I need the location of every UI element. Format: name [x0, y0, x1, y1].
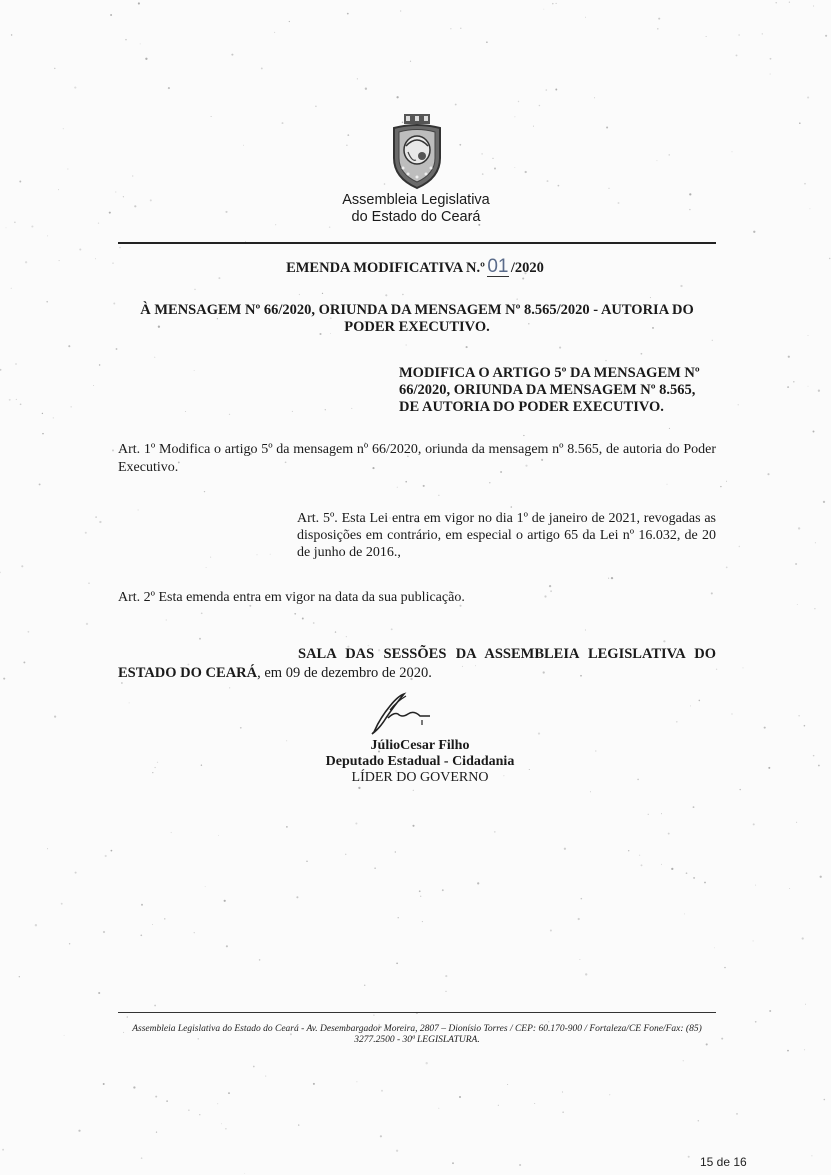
document-title: EMENDA MODIFICATIVA N.º01/2020 [100, 258, 730, 277]
subject-line-1: À MENSAGEM Nº 66/2020, ORIUNDA DA MENSAG… [118, 302, 716, 319]
footer-line-1: Assembleia Legislativa do Estado do Cear… [112, 1024, 722, 1035]
footer-line-2: 3277.2500 - 30ª LEGISLATURA. [112, 1035, 722, 1046]
signature-icon [360, 688, 460, 738]
coat-of-arms-icon [388, 112, 446, 190]
footer-address: Assembleia Legislativa do Estado do Cear… [112, 1024, 722, 1046]
signatory-position: LÍDER DO GOVERNO [300, 770, 540, 786]
signatory-role: Deputado Estadual - Cidadania [300, 754, 540, 770]
title-prefix: EMENDA MODIFICATIVA N.º [286, 260, 485, 276]
header-divider [118, 242, 716, 244]
signatory-name: JúlioCesar Filho [300, 738, 540, 754]
institution-line-2: do Estado do Ceará [300, 209, 532, 226]
article-5-quoted: Art. 5º. Esta Lei entra em vigor no dia … [297, 510, 716, 561]
ementa-line-2: 66/2020, ORIUNDA DA MENSAGEM Nº 8.565, [399, 382, 717, 399]
institution-line-1: Assembleia Legislativa [300, 192, 532, 209]
handwritten-amendment-number: 01 [487, 258, 509, 277]
ementa: MODIFICA O ARTIGO 5º DA MENSAGEM Nº 66/2… [399, 365, 717, 416]
footer-divider [118, 1012, 716, 1013]
signatory-block: JúlioCesar Filho Deputado Estadual - Cid… [300, 738, 540, 786]
amendment-subject: À MENSAGEM Nº 66/2020, ORIUNDA DA MENSAG… [118, 302, 716, 336]
session-closing: SALA DAS SESSÕES DA ASSEMBLEIA LEGISLATI… [118, 645, 716, 683]
title-suffix: /2020 [511, 260, 544, 276]
page-indicator: 15 de 16 [700, 1155, 780, 1169]
session-date: , em 09 de dezembro de 2020. [257, 665, 432, 681]
institution-name: Assembleia Legislativa do Estado do Cear… [300, 192, 532, 226]
article-1: Art. 1º Modifica o artigo 5º da mensagem… [118, 441, 716, 477]
article-2: Art. 2º Esta emenda entra em vigor na da… [118, 589, 716, 607]
ementa-line-3: DE AUTORIA DO PODER EXECUTIVO. [399, 399, 717, 416]
ementa-line-1: MODIFICA O ARTIGO 5º DA MENSAGEM Nº [399, 365, 717, 382]
subject-line-2: PODER EXECUTIVO. [118, 319, 716, 336]
